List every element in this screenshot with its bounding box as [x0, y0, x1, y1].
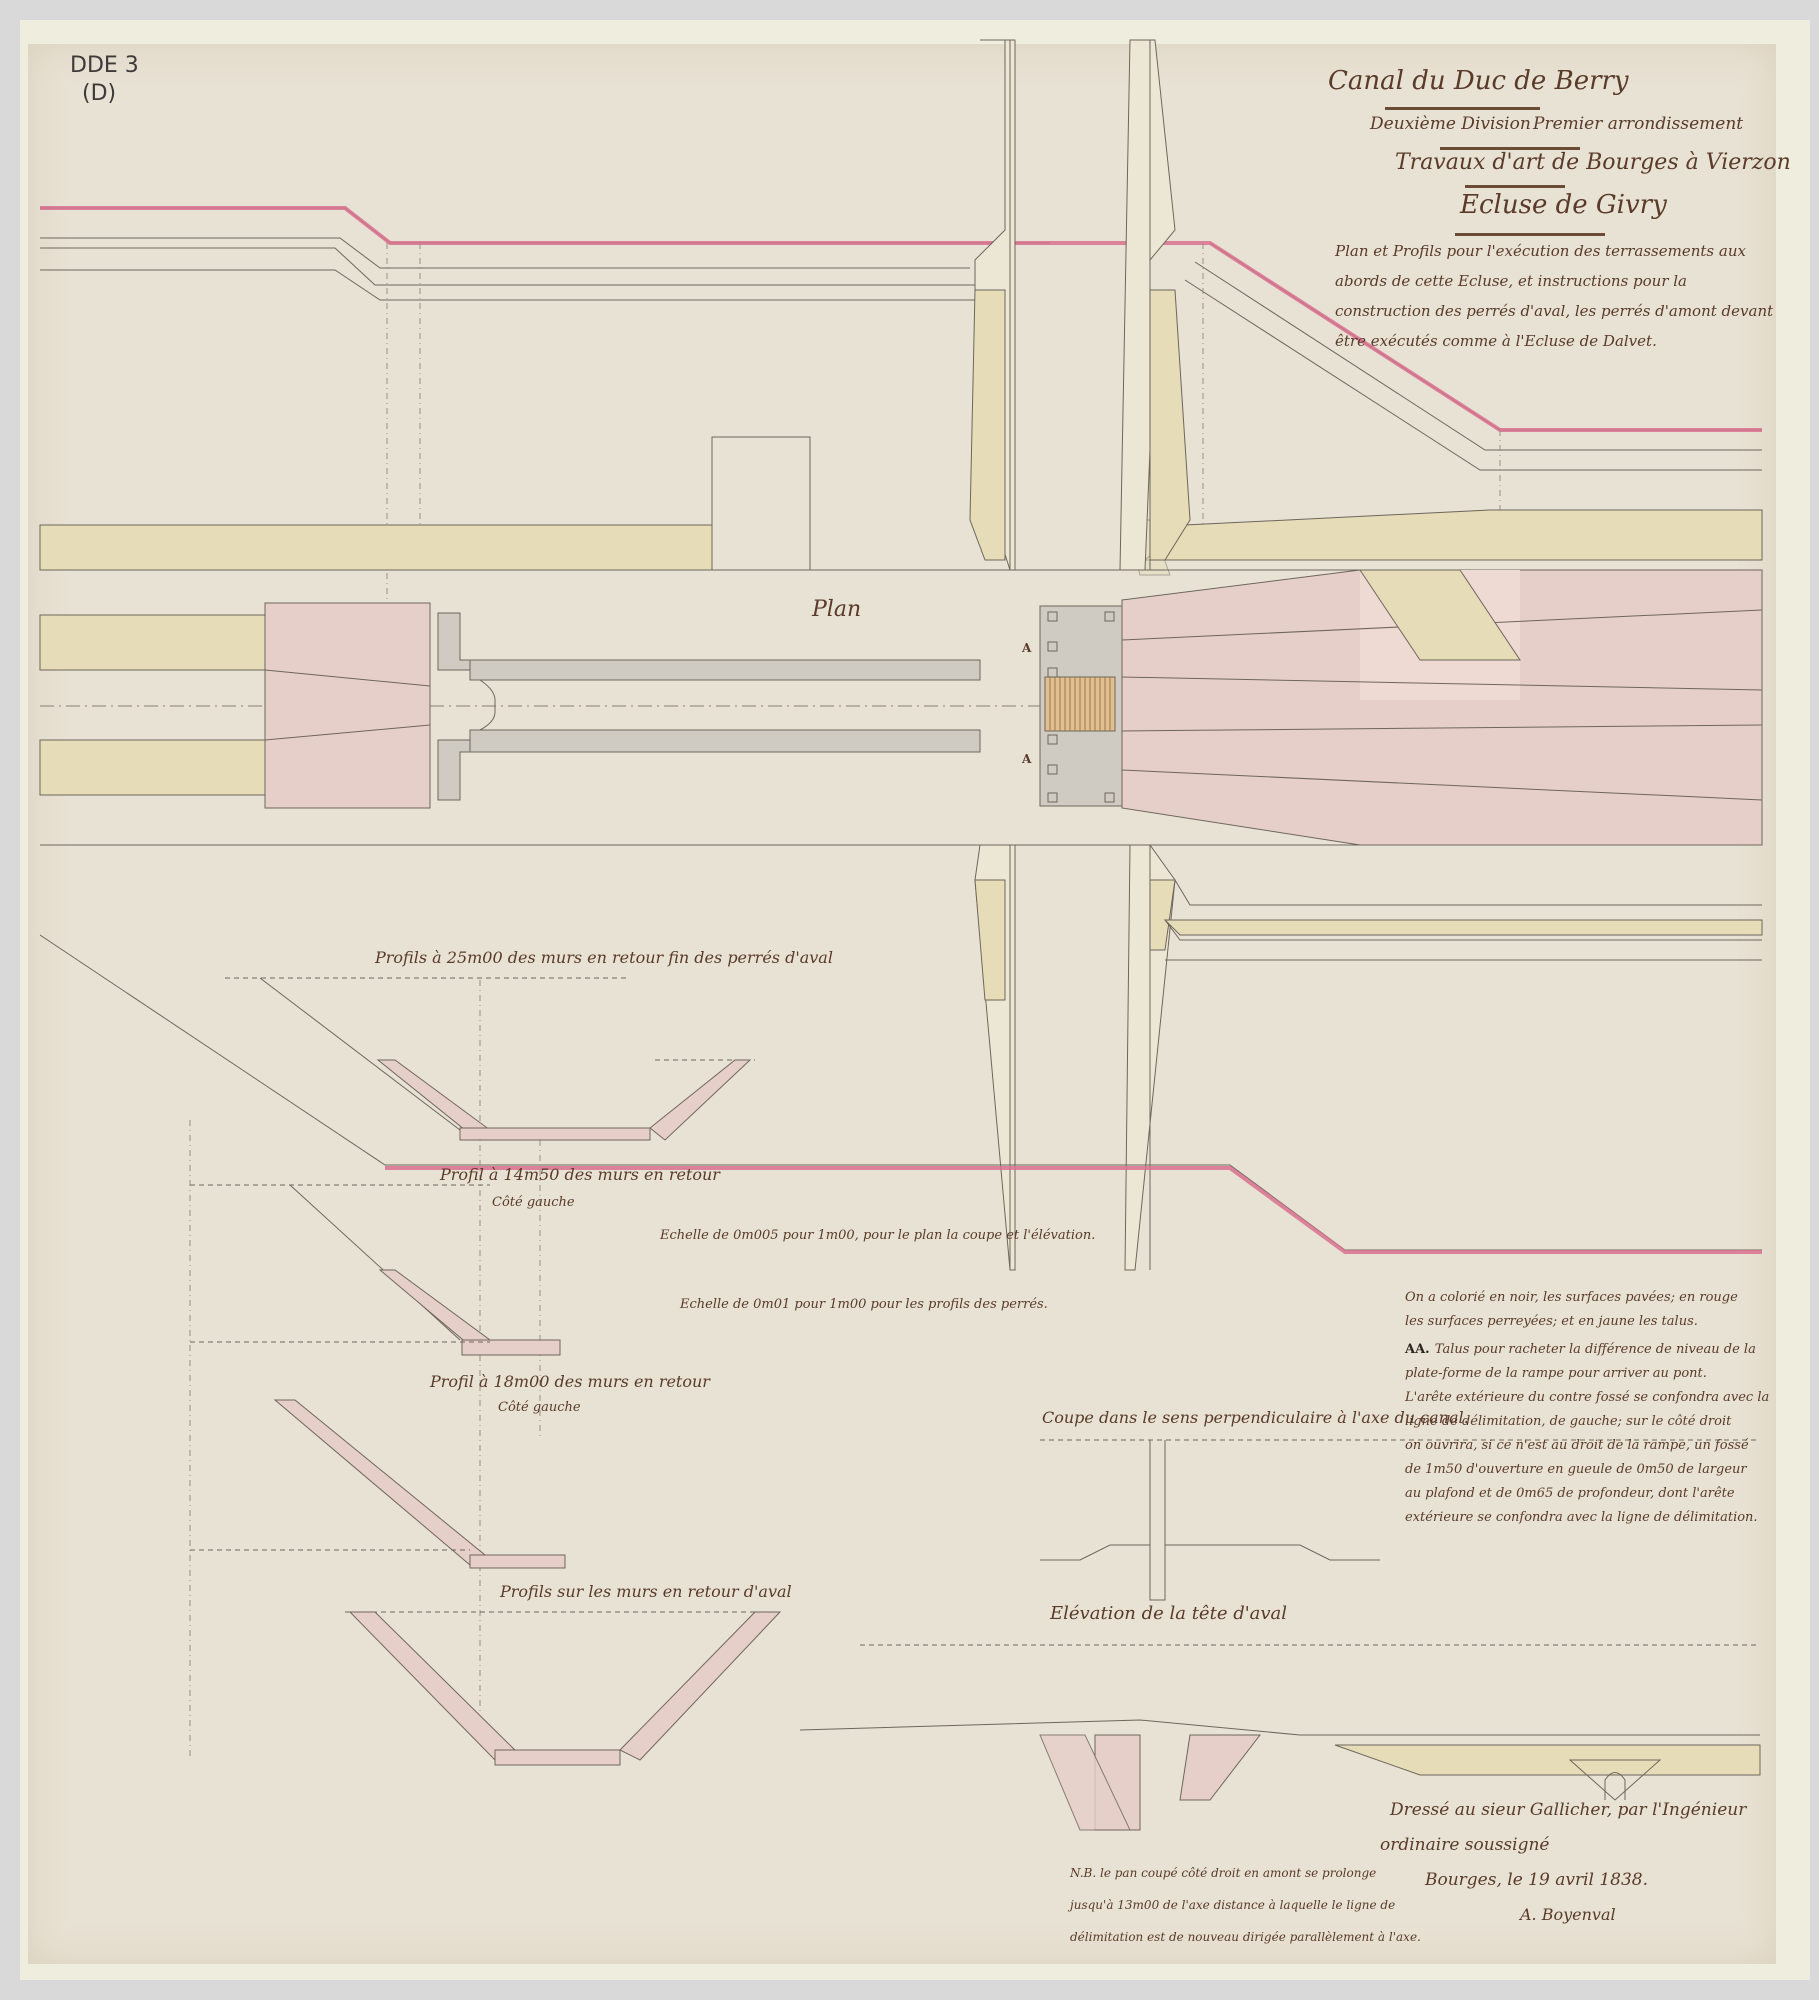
profile-3-title: Profil à 18m00 des murs en retour — [430, 1372, 710, 1391]
lock-title: Ecluse de Givry — [1460, 190, 1667, 220]
nb-note-line1: N.B. le pan coupé côté droit en amont se… — [1070, 1866, 1376, 1880]
profile-3-side: Côté gauche — [498, 1400, 581, 1415]
marker-a-top: A — [1022, 641, 1031, 655]
place-date: Bourges, le 19 avril 1838. — [1425, 1870, 1648, 1890]
arrondissement-label: Premier arrondissement — [1533, 114, 1743, 134]
scale-plan: Echelle de 0m005 pour 1m00, pour le plan… — [660, 1228, 1095, 1243]
title-rule — [1385, 107, 1540, 110]
division-label: Deuxième Division — [1370, 114, 1531, 134]
archive-mark-line1: DDE 3 — [70, 52, 139, 80]
plan-label: Plan — [812, 597, 861, 622]
profile-2 — [190, 1185, 560, 1355]
nb-note-line2: jusqu'à 13m00 de l'axe distance à laquel… — [1070, 1898, 1395, 1912]
archive-mark-line2: (D) — [70, 80, 139, 108]
profile-1 — [225, 978, 755, 1140]
scale-profiles: Echelle de 0m01 pour 1m00 pour les profi… — [680, 1297, 1048, 1312]
signature-line2: ordinaire soussigné — [1380, 1835, 1549, 1855]
pink-forebay-left — [265, 603, 430, 808]
profile-4 — [345, 1612, 780, 1765]
marker-a-bottom: A — [1022, 752, 1031, 766]
legend-line: les surfaces perreyées; et en jaune les … — [1405, 1314, 1769, 1329]
profile-2-title: Profil à 14m50 des murs en retour — [440, 1165, 720, 1184]
legend-notes: On a colorié en noir, les surfaces pavée… — [1405, 1290, 1769, 1525]
aa-marker: AA. — [1405, 1342, 1430, 1357]
legend-line: Talus pour racheter la différence de niv… — [1435, 1342, 1756, 1357]
profile-4-title: Profils sur les murs en retour d'aval — [500, 1582, 792, 1601]
signature: A. Boyenval — [1520, 1905, 1616, 1924]
legend-line: On a colorié en noir, les surfaces pavée… — [1405, 1290, 1769, 1305]
elevation-title: Elévation de la tête d'aval — [1050, 1603, 1287, 1624]
legend-line: de 1m50 d'ouverture en gueule de 0m50 de… — [1405, 1462, 1769, 1477]
signature-line1: Dressé au sieur Gallicher, par l'Ingénie… — [1390, 1800, 1746, 1820]
legend-line: plate-forme de la rampe pour arriver au … — [1405, 1366, 1769, 1381]
profile-2-side: Côté gauche — [492, 1195, 575, 1210]
profile-1-title: Profils à 25m00 des murs en retour fin d… — [375, 948, 833, 967]
legend-line: au plafond et de 0m65 de profondeur, don… — [1405, 1486, 1769, 1501]
works-title: Travaux d'art de Bourges à Vierzon — [1395, 150, 1791, 175]
title-rule — [1465, 185, 1565, 188]
archive-mark: DDE 3 (D) — [70, 52, 139, 108]
legend-line: L'arête extérieure du contre fossé se co… — [1405, 1390, 1769, 1405]
canal-title: Canal du Duc de Berry — [1328, 66, 1629, 96]
legend-line: on ouvrira, si ce n'est au droit de la r… — [1405, 1438, 1769, 1453]
legend-line: ligne de délimitation, de gauche; sur le… — [1405, 1414, 1769, 1429]
nb-note-line3: délimitation est de nouveau dirigée para… — [1070, 1930, 1421, 1944]
drawing-description: Plan et Profils pour l'exécution des ter… — [1335, 236, 1775, 356]
legend-line: extérieure se confondra avec la ligne de… — [1405, 1510, 1769, 1525]
downstream-head — [1040, 606, 1122, 806]
